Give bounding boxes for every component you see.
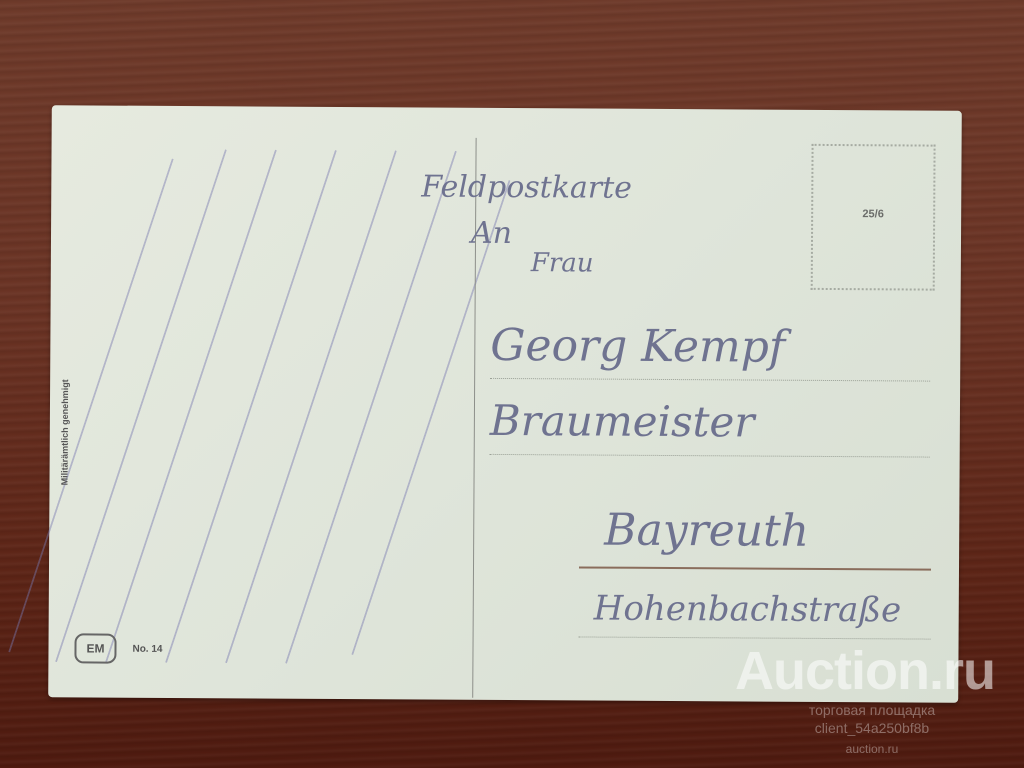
catalog-number: No. 14 [132,644,162,655]
address-line [490,454,930,458]
recipient-city: Bayreuth [604,505,809,557]
stamp-box: 25/6 [811,144,936,291]
military-approval-imprint: Militärämtlich genehmigt [59,379,70,485]
handwritten-title: Frau [531,248,594,278]
stamp-box-label: 25/6 [813,208,933,221]
watermark-subtitle: торговая площадка [792,702,952,718]
handwritten-header: Feldpostkarte [421,169,632,205]
city-underline [579,566,931,570]
postcard: Militärämtlich genehmigt EM No. 14 25/6 … [48,105,962,703]
watermark-domain: auction.ru [792,742,952,756]
recipient-occupation: Braumeister [490,396,755,447]
handwriting-stroke [55,149,227,662]
address-line [490,378,930,382]
handwriting-stroke [351,180,510,655]
recipient-name: Georg Kempf [490,320,785,373]
handwritten-salutation: An [471,216,512,251]
handwriting-stroke [8,158,174,652]
watermark-client-id: client_54a250bf8b [792,720,952,736]
recipient-street: Hohenbachstraße [594,589,902,631]
watermark-brand: Auction.ru [735,640,995,702]
publisher-logo: EM [74,633,116,663]
